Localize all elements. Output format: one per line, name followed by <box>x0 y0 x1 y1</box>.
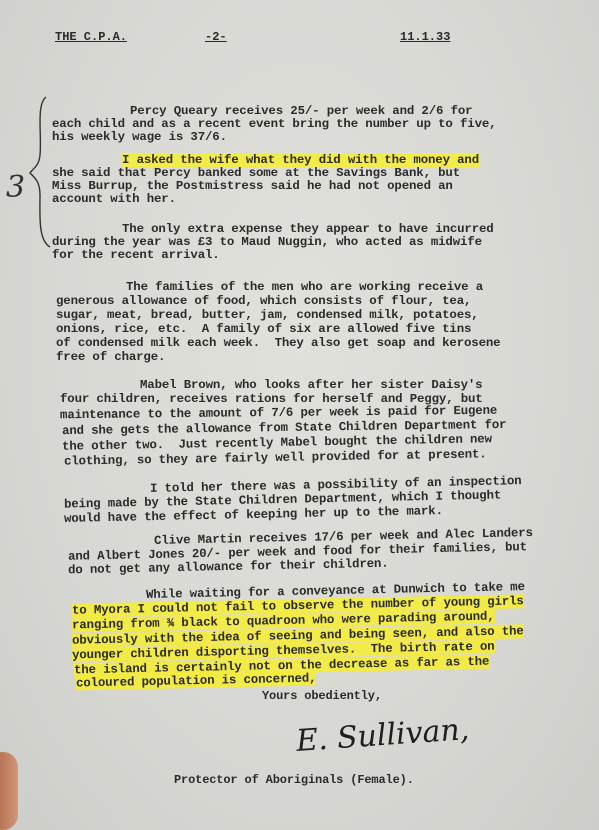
signature: E. Sullivan, <box>295 712 470 759</box>
text-line: The families of the men who are working … <box>126 280 483 294</box>
date: 11.1.33 <box>400 30 450 44</box>
text-line: Percy Queary receives 25/- per week and … <box>130 104 472 118</box>
text-line: The only extra expense they appear to ha… <box>122 222 494 236</box>
text-line: his weekly wage is 37/6. <box>52 130 227 144</box>
margin-annotation: 3 <box>6 170 25 205</box>
text-line: for the recent arrival. <box>52 248 220 262</box>
text-line: Miss Burrup, the Postmistress said he ha… <box>52 179 453 193</box>
document-page: THE C.P.A. -2- 11.1.33 3 Percy Queary re… <box>0 0 599 830</box>
addressee: THE C.P.A. <box>55 30 127 44</box>
text-line-highlighted: I asked the wife what they did with the … <box>122 153 479 167</box>
text-line: account with her. <box>52 192 176 206</box>
text-line: onions, rice, etc. A family of six are a… <box>56 322 471 336</box>
text-line: Mabel Brown, who looks after her sister … <box>140 378 482 392</box>
text-line: each child and as a recent event bring t… <box>52 117 496 131</box>
text-line: generous allowance of food, which consis… <box>56 294 471 308</box>
thumb <box>0 752 18 830</box>
text-line: during the year was £3 to Maud Nuggin, w… <box>52 235 482 249</box>
closing: Yours obediently, <box>262 689 382 703</box>
text-line: free of charge. <box>56 350 165 364</box>
page-number: -2- <box>205 30 227 44</box>
text-line: she said that Percy banked some at the S… <box>52 166 460 180</box>
text-line: sugar, meat, bread, butter, jam, condens… <box>56 308 479 322</box>
text-line: of condensed milk each week. They also g… <box>56 336 500 350</box>
signatory-title: Protector of Aboriginals (Female). <box>174 773 414 787</box>
